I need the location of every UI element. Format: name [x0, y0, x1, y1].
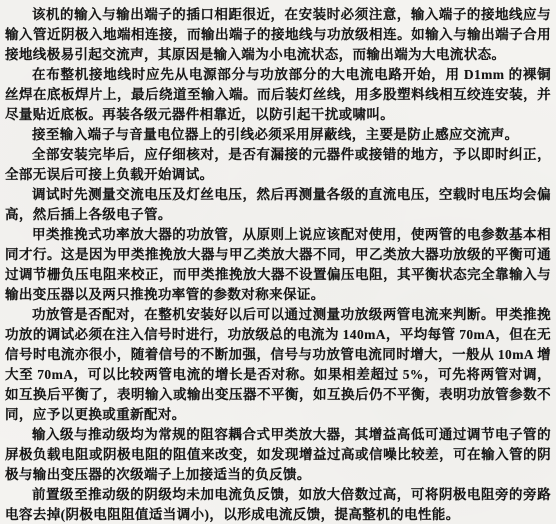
paragraph-shielded-leads: 接至输入端子与音量电位器上的引线必须采用屏蔽线，主要是防止感应交流声。 [5, 125, 551, 145]
paragraph-gain-adjustment: 输入级与推动级均为常规的阻容耦合式甲类放大器，其增益高低可通过调节电子管的屏极负… [5, 425, 551, 485]
paragraph-tube-matching-principle: 甲类推挽式功率放大器的功放管，从原则上说应该配对使用，使两管的电参数基本相同才行… [5, 225, 551, 305]
paragraph-voltage-measurement: 调试时先测量交流电压及灯丝电压，然后再测量各级的直流电压，空载时电压均会偏高，然… [5, 185, 551, 225]
paragraph-current-feedback: 前置级至推动级的阴级均未加电流负反馈，如放大倍数过高，可将阴极电阻旁的旁路电容去… [5, 485, 551, 524]
paragraph-final-check: 全部安装完毕后，应仔细核对，是否有漏接的元器件或接错的地方，予以即时纠正，全部无… [5, 145, 551, 185]
scanned-document-page: 该机的输入与输出端子的插口相距很近，在安装时必须注意，输入端子的接地线应与输入管… [0, 0, 556, 524]
paragraph-current-balance-test: 功放管是否配对，在整机安装好以后可以通过测量功放级两管电流来判断。甲类推挽功放的… [5, 305, 551, 425]
paragraph-grounding-of-terminals: 该机的输入与输出端子的插口相距很近，在安装时必须注意，输入端子的接地线应与输入管… [5, 5, 551, 65]
paragraph-ground-wire-layout: 在布整机接地线时应先从电源部分与功放部分的大电流电路开始，用 D1mm 的裸铜丝… [5, 65, 551, 125]
